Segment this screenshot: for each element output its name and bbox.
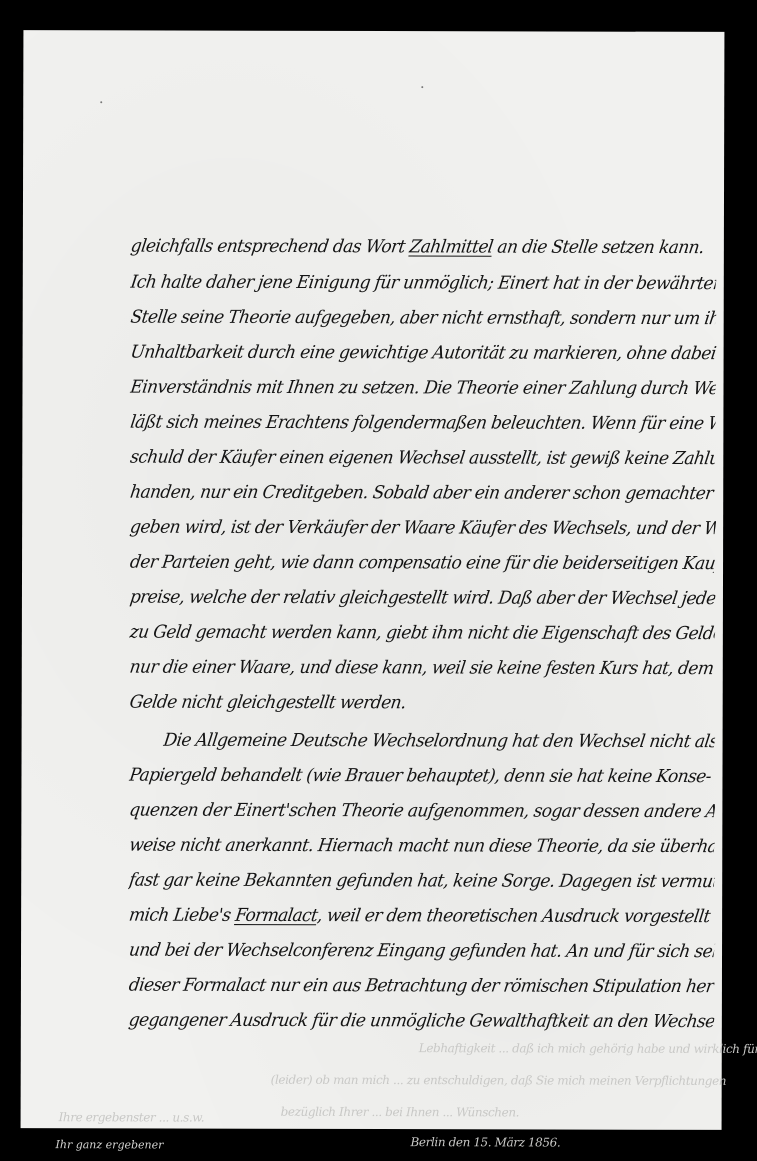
bleed-margin-1: Ihr ganz ergebener — [56, 1138, 164, 1151]
line-18-text: weise nicht anerkannt. Hiernach macht nu… — [128, 835, 717, 858]
line-10-text: der Parteien geht, wie dann compensatio … — [129, 552, 718, 575]
manuscript-line-11: preise, welche der relativ gleichgestell… — [128, 582, 717, 615]
line-9-text: geben wird, ist der Verkäufer der Waare … — [129, 517, 718, 540]
line-14-text: Gelde nicht gleichgestellt werden. — [128, 692, 407, 714]
manuscript-line-2: Ich halte daher jene Einigung für unmögl… — [129, 267, 718, 300]
manuscript-line-6: läßt sich meines Erachtens folgendermaße… — [128, 407, 717, 440]
manuscript-line-13: nur die einer Waare, und diese kann, wei… — [128, 652, 717, 685]
manuscript-line-21: und bei der Wechselconferenz Eingang gef… — [127, 935, 716, 968]
line-12-text: zu Geld gemacht werden kann, giebt ihm n… — [128, 622, 717, 645]
manuscript-line-5: Einverständnis mit Ihnen zu setzen. Die … — [128, 372, 717, 405]
line-23-text: gegangener Ausdruck für die unmögliche G… — [127, 1010, 716, 1033]
line-5-text: Einverständnis mit Ihnen zu setzen. Die … — [129, 377, 718, 400]
line-7-text: schuld der Käufer einen eigenen Wechsel … — [129, 447, 718, 470]
line-17-text: quenzen der Einert'schen Theorie aufgeno… — [128, 800, 717, 823]
manuscript-page: gleichfalls entsprechend das Wort Zahlmi… — [21, 30, 725, 1130]
manuscript-line-16: Papiergeld behandelt (wie Brauer behaupt… — [127, 760, 716, 793]
underlined-term: Formalact — [234, 905, 319, 926]
manuscript-line-8: handen, nur ein Creditgeben. Sobald aber… — [128, 477, 717, 510]
line-15-text: Die Allgemeine Deutsche Wechselordnung h… — [162, 730, 717, 752]
manuscript-line-10: der Parteien geht, wie dann compensatio … — [128, 547, 717, 580]
manuscript-line-1: gleichfalls entsprechend das Wort Zahlmi… — [129, 231, 718, 264]
manuscript-line-20: mich Liebe's Formalact, weil er dem theo… — [127, 900, 716, 933]
bleed-line-4: Ihre ergebenster ... u.s.w. — [59, 1110, 205, 1124]
manuscript-line-18: weise nicht anerkannt. Hiernach macht nu… — [127, 830, 716, 863]
paper-speck — [100, 101, 102, 103]
line-4-text: Unhaltbarkeit durch eine gewichtige Auto… — [129, 342, 718, 365]
manuscript-line-22: dieser Formalact nur ein aus Betrachtung… — [127, 970, 716, 1003]
manuscript-line-3: Stelle seine Theorie aufgegeben, aber ni… — [129, 302, 718, 335]
manuscript-line-23: gegangener Ausdruck für die unmögliche G… — [127, 1005, 716, 1038]
line-16-text: Papiergeld behandelt (wie Brauer behaupt… — [128, 765, 712, 788]
line-13-text: nur die einer Waare, und diese kann, wei… — [128, 657, 714, 680]
line-6-text: läßt sich meines Erachtens folgendermaße… — [129, 412, 718, 435]
line-1-text: gleichfalls entsprechend das Wort Zahlmi… — [129, 236, 705, 258]
manuscript-line-17: quenzen der Einert'schen Theorie aufgeno… — [127, 795, 716, 828]
manuscript-line-7: schuld der Käufer einen eigenen Wechsel … — [128, 442, 717, 475]
underlined-term: Zahlmittel — [408, 237, 494, 258]
line-8-text: handen, nur ein Creditgeben. Sobald aber… — [129, 482, 718, 505]
bleed-line-5: Berlin den 15. März 1856. — [411, 1135, 561, 1149]
line-20-text: mich Liebe's Formalact, weil er dem theo… — [128, 905, 712, 928]
manuscript-line-12: zu Geld gemacht werden kann, giebt ihm n… — [128, 617, 717, 650]
line-2-text: Ich halte daher jene Einigung für unmögl… — [129, 272, 718, 295]
manuscript-line-19: fast gar keine Bekannten gefunden hat, k… — [127, 865, 716, 898]
paper-speck — [421, 86, 423, 88]
line-11-text: preise, welche der relativ gleichgestell… — [129, 587, 718, 610]
manuscript-line-15: Die Allgemeine Deutsche Wechselordnung h… — [161, 725, 716, 758]
line-19-text: fast gar keine Bekannten gefunden hat, k… — [128, 870, 717, 893]
bleed-line-1: Lebhaftigkeit ... daß ich mich gehörig h… — [419, 1041, 757, 1056]
line-22-text: dieser Formalact nur ein aus Betrachtung… — [128, 975, 717, 998]
manuscript-line-14: Gelde nicht gleichgestellt werden. — [128, 687, 717, 720]
bleed-line-2: (leider) ob man mich ... zu entschuldige… — [271, 1073, 726, 1088]
line-3-text: Stelle seine Theorie aufgegeben, aber ni… — [129, 307, 718, 330]
line-21-text: und bei der Wechselconferenz Eingang gef… — [128, 940, 717, 963]
bleed-line-3: bezüglich Ihrer ... bei Ihnen ... Wünsch… — [281, 1105, 520, 1120]
handwritten-text-block: gleichfalls entsprechend das Wort Zahlmi… — [21, 30, 725, 1130]
manuscript-line-9: geben wird, ist der Verkäufer der Waare … — [128, 512, 717, 545]
manuscript-line-4: Unhaltbarkeit durch eine gewichtige Auto… — [128, 337, 717, 370]
